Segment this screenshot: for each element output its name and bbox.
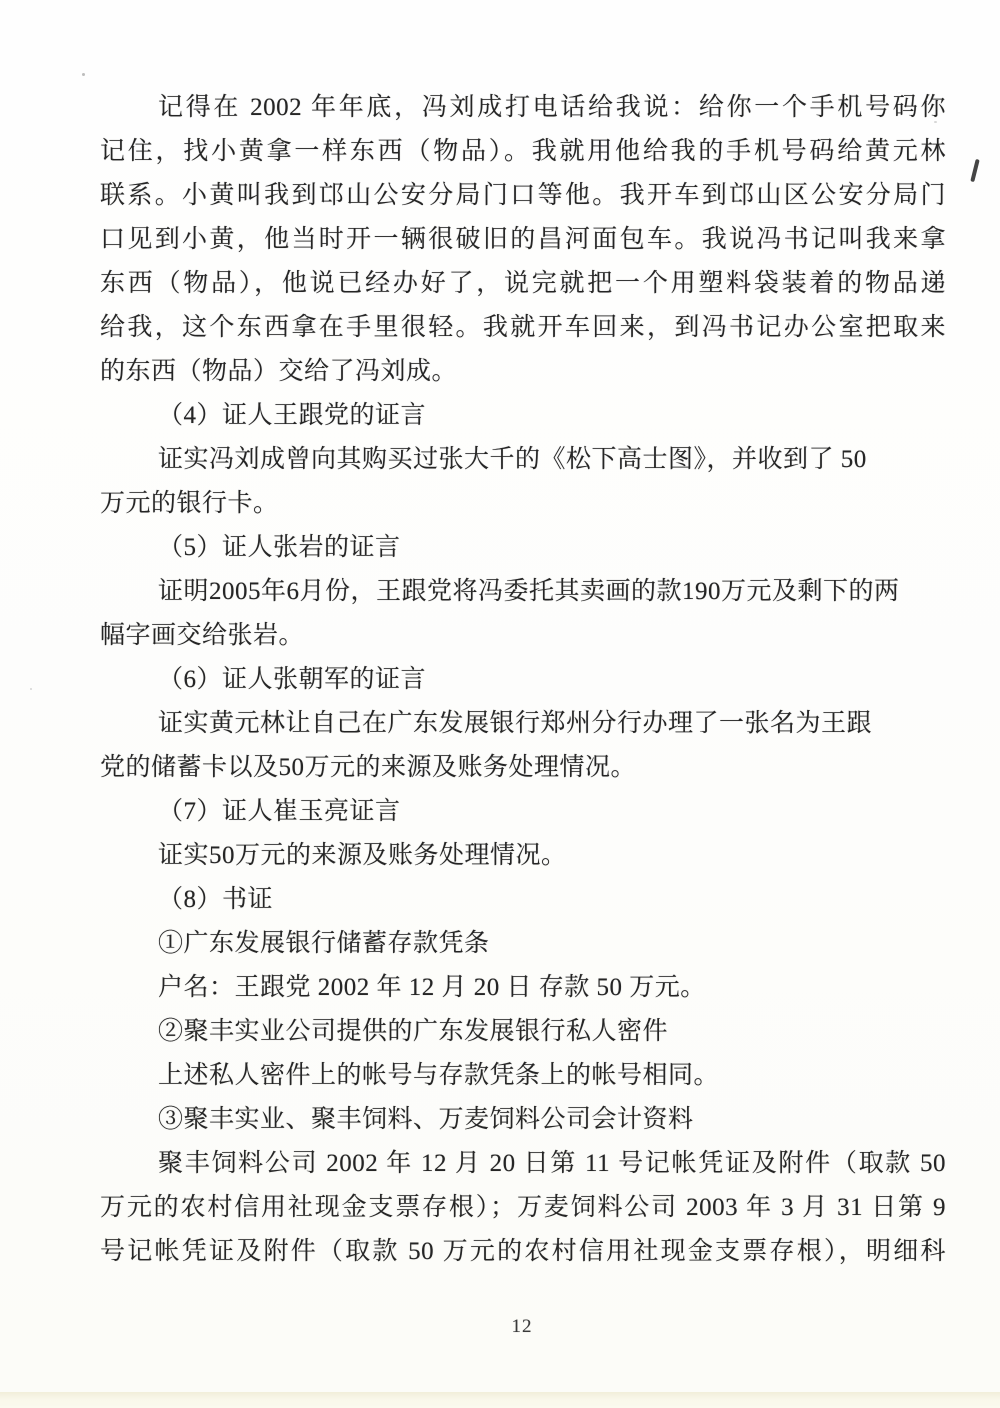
text-line: 给我，这个东西拿在手里很轻。我就开车回来，到冯书记办公室把取来 bbox=[100, 306, 946, 350]
section-heading: （4）证人王跟党的证言 bbox=[100, 394, 946, 438]
section-heading: （5）证人张岩的证言 bbox=[100, 526, 946, 570]
scan-speck bbox=[82, 73, 85, 76]
text-line: 证实冯刘成曾向其购买过张大千的《松下高士图》，并收到了 50 bbox=[100, 438, 946, 482]
text-line: 万元的银行卡。 bbox=[100, 482, 946, 526]
text-line: 党的储蓄卡以及50万元的来源及账务处理情况。 bbox=[100, 746, 946, 790]
document-body: 记得在 2002 年年底，冯刘成打电话给我说：给你一个手机号码你 记住，找小黄拿… bbox=[100, 86, 946, 1274]
text-line: 东西（物品），他说已经办好了，说完就把一个用塑料袋装着的物品递 bbox=[100, 262, 946, 306]
text-line: 聚丰饲料公司 2002 年 12 月 20 日第 11 号记帐凭证及附件（取款 … bbox=[100, 1142, 946, 1186]
text-line: 的东西（物品）交给了冯刘成。 bbox=[100, 350, 946, 394]
text-line: 证实黄元林让自己在广东发展银行郑州分行办理了一张名为王跟 bbox=[100, 702, 946, 746]
text-line: 上述私人密件上的帐号与存款凭条上的帐号相同。 bbox=[100, 1054, 946, 1098]
section-heading: （8）书证 bbox=[100, 878, 946, 922]
text-line: 记住，找小黄拿一样东西（物品）。我就用他给我的手机号码给黄元林 bbox=[100, 130, 946, 174]
text-line: 记得在 2002 年年底，冯刘成打电话给我说：给你一个手机号码你 bbox=[100, 86, 946, 130]
list-item: ②聚丰实业公司提供的广东发展银行私人密件 bbox=[100, 1010, 946, 1054]
section-heading: （6）证人张朝军的证言 bbox=[100, 658, 946, 702]
list-item: ③聚丰实业、聚丰饲料、万麦饲料公司会计资料 bbox=[100, 1098, 946, 1142]
text-line: 证实50万元的来源及账务处理情况。 bbox=[100, 834, 946, 878]
section-heading: （7）证人崔玉亮证言 bbox=[100, 790, 946, 834]
text-line: 户名：王跟党 2002 年 12 月 20 日 存款 50 万元。 bbox=[100, 966, 946, 1010]
text-line: 号记帐凭证及附件（取款 50 万元的农村信用社现金支票存根），明细科 bbox=[100, 1230, 946, 1274]
text-line: 幅字画交给张岩。 bbox=[100, 614, 946, 658]
page-number-value: 12 bbox=[512, 1316, 533, 1337]
scan-speck bbox=[30, 688, 32, 690]
list-item: ①广东发展银行储蓄存款凭条 bbox=[100, 922, 946, 966]
scan-edge-strip bbox=[0, 1392, 1000, 1408]
text-line: 证明2005年6月份，王跟党将冯委托其卖画的款190万元及剩下的两 bbox=[100, 570, 946, 614]
text-line: 口见到小黄，他当时开一辆很破旧的昌河面包车。我说冯书记叫我来拿 bbox=[100, 218, 946, 262]
scan-speck bbox=[934, 121, 937, 123]
page-number: 12 bbox=[0, 1316, 1000, 1338]
text-line: 万元的农村信用社现金支票存根）；万麦饲料公司 2003 年 3 月 31 日第 … bbox=[100, 1186, 946, 1230]
text-line: 联系。小黄叫我到邙山公安分局门口等他。我开车到邙山区公安分局门 bbox=[100, 174, 946, 218]
